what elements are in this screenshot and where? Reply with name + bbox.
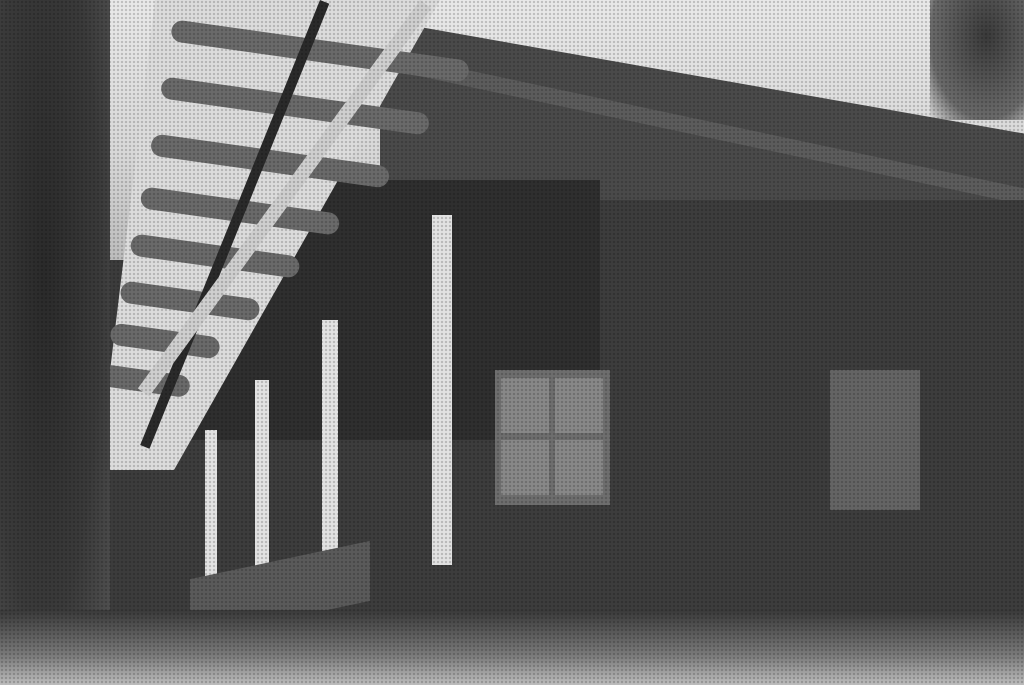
- right-tree-foliage: [930, 0, 1024, 120]
- window-pane: [501, 440, 549, 495]
- left-tree-foliage: [0, 0, 110, 685]
- window-pane: [501, 378, 549, 433]
- window-pane: [555, 378, 603, 433]
- window-pane: [555, 440, 603, 495]
- halftone-photograph: [0, 0, 1024, 685]
- ground: [0, 610, 1024, 685]
- facade-window: [830, 370, 920, 510]
- facade-window: [495, 370, 610, 505]
